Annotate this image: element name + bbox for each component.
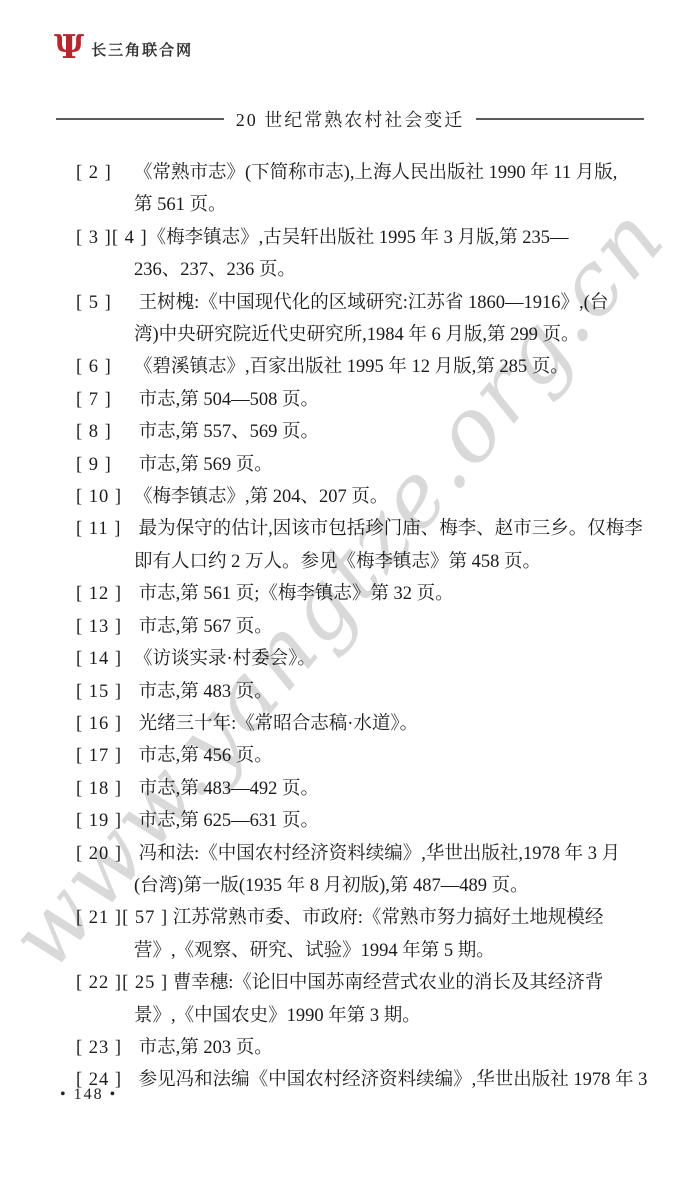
- reference-item: [ 15 ] 市志,第 483 页。: [76, 676, 652, 708]
- reference-item: [ 11 ] 最为保守的估计,因该市包括珍门庙、梅李、赵市三乡。仅梅李即有人口约…: [76, 513, 652, 578]
- reference-marker: [ 23 ]: [76, 1032, 134, 1064]
- reference-marker: [ 11 ]: [76, 513, 134, 545]
- reference-item: [ 23 ] 市志,第 203 页。: [76, 1032, 652, 1064]
- reference-marker: [ 7 ]: [76, 384, 134, 416]
- running-head-rule-left: [56, 118, 224, 120]
- reference-item: [ 10 ]《梅李镇志》,第 204、207 页。: [76, 481, 652, 513]
- reference-item: [ 9 ] 市志,第 569 页。: [76, 449, 652, 481]
- reference-marker: [ 6 ]: [76, 351, 134, 383]
- reference-marker: [ 13 ]: [76, 611, 134, 643]
- reference-item: [ 8 ] 市志,第 557、569 页。: [76, 416, 652, 448]
- reference-item: [ 3 ][ 4 ]《梅李镇志》,古吴轩出版社 1995 年 3 月版,第 23…: [76, 222, 652, 287]
- reference-marker: [ 8 ]: [76, 416, 134, 448]
- reference-marker: [ 12 ]: [76, 578, 134, 610]
- reference-marker: [ 15 ]: [76, 676, 134, 708]
- reference-list: [ 2 ]《常熟市志》(下简称市志),上海人民出版社 1990 年 11 月版,…: [76, 157, 652, 1097]
- reference-marker: [ 19 ]: [76, 805, 134, 837]
- reference-item: [ 12 ] 市志,第 561 页;《梅李镇志》第 32 页。: [76, 578, 652, 610]
- reference-marker: [ 9 ]: [76, 449, 134, 481]
- scanned-book-page: www.yangtze.org.cn Ψ 长三角联合网 20 世纪常熟农村社会变…: [0, 0, 700, 1180]
- reference-marker: [ 18 ]: [76, 773, 134, 805]
- page-number: • 148 •: [60, 1086, 117, 1104]
- reference-item: [ 18 ] 市志,第 483—492 页。: [76, 773, 652, 805]
- reference-marker: [ 20 ]: [76, 838, 134, 870]
- reference-item: [ 17 ] 市志,第 456 页。: [76, 740, 652, 772]
- reference-marker: [ 5 ]: [76, 287, 134, 319]
- reference-item: [ 5 ] 王树槐:《中国现代化的区域研究:江苏省 1860—1916》,(台湾…: [76, 287, 652, 352]
- reference-marker: [ 2 ]: [76, 157, 134, 189]
- reference-marker: [ 16 ]: [76, 708, 134, 740]
- running-head-rule-right: [476, 118, 644, 120]
- reference-item: [ 6 ]《碧溪镇志》,百家出版社 1995 年 12 月版,第 285 页。: [76, 351, 652, 383]
- reference-item: [ 14 ]《访谈实录·村委会》。: [76, 643, 652, 675]
- reference-marker: [ 22 ][ 25 ]: [76, 967, 168, 999]
- reference-item: [ 22 ][ 25 ] 曹幸穗:《论旧中国苏南经营式农业的消长及其经济背景》,…: [76, 967, 652, 1032]
- reference-marker: [ 10 ]: [76, 481, 134, 513]
- site-header: Ψ 长三角联合网: [54, 30, 193, 63]
- site-logo-icon: Ψ: [54, 30, 84, 63]
- reference-item: [ 21 ][ 57 ] 江苏常熟市委、市政府:《常熟市努力搞好土地规模经营》,…: [76, 902, 652, 967]
- reference-item: [ 13 ] 市志,第 567 页。: [76, 611, 652, 643]
- reference-marker: [ 14 ]: [76, 643, 134, 675]
- reference-item: [ 24 ] 参见冯和法编《中国农村经济资料续编》,华世出版社 1978 年 3: [76, 1064, 652, 1096]
- reference-item: [ 16 ] 光绪三十年:《常昭合志稿·水道》。: [76, 708, 652, 740]
- reference-item: [ 2 ]《常熟市志》(下简称市志),上海人民出版社 1990 年 11 月版,…: [76, 157, 652, 222]
- reference-marker: [ 21 ][ 57 ]: [76, 902, 168, 934]
- reference-marker: [ 17 ]: [76, 740, 134, 772]
- running-head: 20 世纪常熟农村社会变迁: [0, 106, 700, 132]
- reference-marker: [ 3 ][ 4 ]: [76, 222, 148, 254]
- running-head-title: 20 世纪常熟农村社会变迁: [236, 106, 465, 132]
- reference-item: [ 20 ] 冯和法:《中国农村经济资料续编》,华世出版社,1978 年 3 月…: [76, 838, 652, 903]
- reference-item: [ 7 ] 市志,第 504—508 页。: [76, 384, 652, 416]
- site-name: 长三角联合网: [91, 33, 193, 60]
- reference-item: [ 19 ] 市志,第 625—631 页。: [76, 805, 652, 837]
